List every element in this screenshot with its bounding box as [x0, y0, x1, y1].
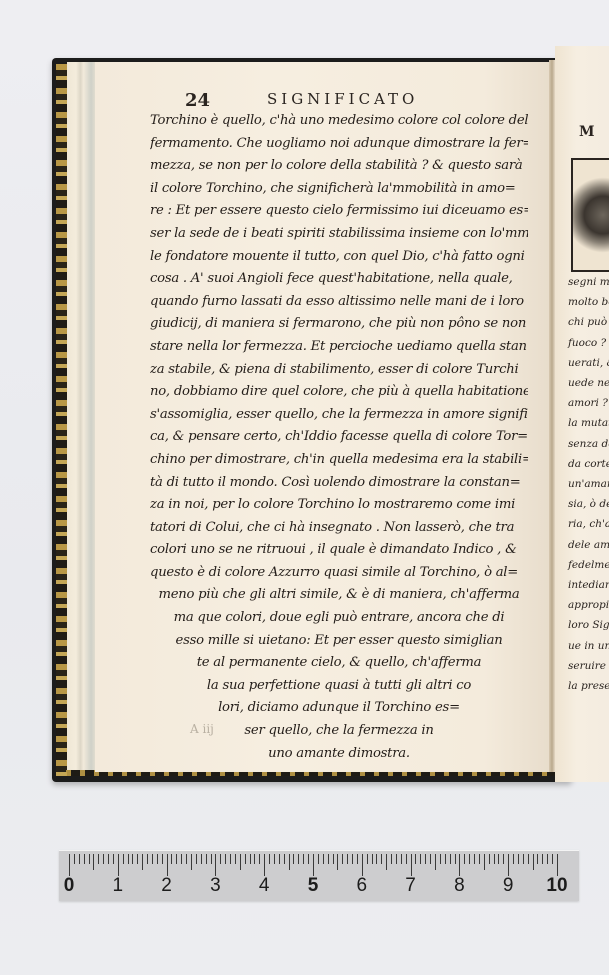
ruler-tick: [513, 854, 514, 864]
ruler-tick: [318, 854, 319, 864]
ruler-tick: [84, 854, 85, 864]
ruler-tick: [196, 854, 197, 864]
ruler-tick: [445, 854, 446, 864]
ruler-tick: [250, 854, 251, 864]
ruler-tick: [137, 854, 138, 864]
ruler-label: 10: [546, 875, 567, 897]
ruler-tick: [103, 854, 104, 864]
text-line: chi può a: [568, 312, 609, 332]
text-line: lori, diciamo adunque il Torchino es=: [150, 697, 528, 720]
text-line: uno amante dimostra.: [150, 743, 528, 766]
ruler-tick: [537, 854, 538, 864]
text-line: uerati, &: [568, 353, 609, 373]
text-line: ser la sede de i beati spiriti stabiliss…: [150, 223, 528, 246]
ruler-tick: [132, 854, 133, 864]
text-line: za stabile, & piena di stabilimento, ess…: [150, 359, 528, 382]
ruler-tick: [191, 854, 192, 870]
ruler-tick: [235, 854, 236, 864]
page-body-text: Torchino è quello, c'hà uno medesimo col…: [150, 110, 528, 765]
ruler-tick: [181, 854, 182, 864]
ruler-tick: [69, 854, 70, 876]
ruler-tick: [376, 854, 377, 864]
text-line: chino per dimostrare, ch'in quella medes…: [150, 449, 528, 472]
text-line: la mutati: [568, 413, 609, 433]
ruler-tick: [186, 854, 187, 864]
ruler-ticks: [69, 854, 559, 876]
ruler-tick: [152, 854, 153, 864]
text-line: ue in un: [568, 636, 609, 656]
right-page: M segni ma molto be chi può a fuoco ? C …: [555, 46, 609, 782]
ruler-tick: [430, 854, 431, 864]
ruler-tick: [74, 854, 75, 864]
scale-ruler: 012345678910: [59, 850, 579, 901]
ruler-tick: [279, 854, 280, 864]
ruler-label: 1: [113, 875, 124, 897]
ruler-tick: [337, 854, 338, 870]
text-line: loro Sig: [568, 615, 609, 635]
text-line: un'aman: [568, 474, 609, 494]
text-line: fedelmen: [568, 555, 609, 575]
ruler-tick: [508, 854, 509, 876]
ruler-tick: [557, 854, 558, 876]
ruler-tick: [362, 854, 363, 876]
ruler-tick: [206, 854, 207, 864]
ruler-tick: [469, 854, 470, 864]
page-number: 24: [185, 90, 210, 111]
text-line: segni ma: [568, 272, 609, 292]
ruler-tick: [464, 854, 465, 864]
ruler-tick: [484, 854, 485, 870]
ruler-tick: [245, 854, 246, 864]
text-line: meno più che gli altri simile, & è di ma…: [150, 584, 528, 607]
text-line: colori uno se ne ritruoui , il quale è d…: [150, 539, 528, 562]
text-line: le fondatore mouente il tutto, con quel …: [150, 246, 528, 269]
ruler-tick: [386, 854, 387, 870]
text-line: re : Et per essere questo cielo fermissi…: [150, 200, 528, 223]
ruler-tick: [308, 854, 309, 864]
text-line: cosa . A' suoi Angioli fece quest'habita…: [150, 268, 528, 291]
ruler-tick: [259, 854, 260, 864]
ruler-label: 5: [308, 875, 319, 897]
ruler-tick: [455, 854, 456, 864]
text-line: esso mille si uietano: Et per esser ques…: [150, 630, 528, 653]
ruler-tick: [479, 854, 480, 864]
ruler-tick: [293, 854, 294, 864]
text-line: intediam: [568, 575, 609, 595]
ruler-label: 3: [210, 875, 221, 897]
ruler-label: 4: [259, 875, 270, 897]
text-line: senza de: [568, 434, 609, 454]
ruler-label: 2: [161, 875, 172, 897]
text-line: za in noi, per lo colore Torchino lo mos…: [150, 494, 528, 517]
ruler-tick: [274, 854, 275, 864]
ruler-tick: [254, 854, 255, 864]
ruler-tick: [450, 854, 451, 864]
ruler-tick: [211, 854, 212, 864]
ruler-tick: [289, 854, 290, 870]
ruler-tick: [474, 854, 475, 864]
ruler-tick: [391, 854, 392, 864]
running-title: SIGNIFICATO: [267, 90, 418, 108]
text-line: ca, & pensare certo, ch'Iddio facesse qu…: [150, 426, 528, 449]
ruler-tick: [523, 854, 524, 864]
ruler-tick: [230, 854, 231, 864]
gilt-border-left: [56, 64, 67, 776]
text-line: amori ?: [568, 393, 609, 413]
ruler-label: 8: [454, 875, 465, 897]
ruler-tick: [176, 854, 177, 864]
text-line: dele ama: [568, 535, 609, 555]
decorated-initial: [571, 158, 609, 272]
ruler-tick: [298, 854, 299, 864]
ruler-tick: [352, 854, 353, 864]
ruler-tick: [93, 854, 94, 870]
ruler-tick: [542, 854, 543, 864]
ruler-tick: [420, 854, 421, 864]
ruler-tick: [328, 854, 329, 864]
right-page-heading-fragment: M: [579, 124, 595, 140]
ruler-tick: [435, 854, 436, 870]
ruler-label: 7: [405, 875, 416, 897]
text-line: no, dobbiamo dire quel colore, che più à…: [150, 381, 528, 404]
ruler-tick: [171, 854, 172, 864]
ruler-label: 9: [503, 875, 514, 897]
text-line: appropi: [568, 595, 609, 615]
ruler-tick: [425, 854, 426, 864]
text-line: stare nella lor fermezza. Et percioche u…: [150, 336, 528, 359]
ruler-tick: [98, 854, 99, 864]
ruler-tick: [406, 854, 407, 864]
ruler-tick: [157, 854, 158, 864]
ruler-tick: [113, 854, 114, 864]
ruler-tick: [225, 854, 226, 864]
ruler-tick: [396, 854, 397, 864]
signature-mark: A iij: [190, 722, 214, 736]
ruler-tick: [167, 854, 168, 876]
ruler-tick: [372, 854, 373, 864]
ruler-tick: [494, 854, 495, 864]
text-line: seruire: [568, 656, 609, 676]
ruler-tick: [123, 854, 124, 864]
ruler-tick: [347, 854, 348, 864]
ruler-tick: [401, 854, 402, 864]
ruler-tick: [284, 854, 285, 864]
ruler-tick: [489, 854, 490, 864]
ruler-tick: [440, 854, 441, 864]
text-line: tatori di Colui, che ci hà insegnato . N…: [150, 517, 528, 540]
text-line: fuoco ? C: [568, 333, 609, 353]
ruler-tick: [357, 854, 358, 864]
right-page-text: segni ma molto be chi può a fuoco ? C ue…: [568, 272, 609, 696]
text-line: giudicij, di maniera si fermarono, che p…: [150, 313, 528, 336]
text-line: molto be: [568, 292, 609, 312]
text-line: te al permanente cielo, & quello, ch'aff…: [150, 652, 528, 675]
ruler-tick: [528, 854, 529, 864]
ruler-tick: [518, 854, 519, 864]
ruler-tick: [552, 854, 553, 864]
ruler-tick: [215, 854, 216, 876]
ruler-tick: [323, 854, 324, 864]
ruler-labels: 012345678910: [59, 875, 579, 899]
ruler-tick: [333, 854, 334, 864]
ruler-tick: [108, 854, 109, 864]
ruler-tick: [89, 854, 90, 864]
ruler-tick: [381, 854, 382, 864]
text-line: ma que colori, doue egli può entrare, an…: [150, 607, 528, 630]
ruler-tick: [415, 854, 416, 864]
ruler-tick: [264, 854, 265, 876]
text-line: ria, ch'a: [568, 514, 609, 534]
ruler-tick: [342, 854, 343, 864]
text-line: il colore Torchino, che significherà la'…: [150, 178, 528, 201]
text-line: fermamento. Che uogliamo noi adunque dim…: [150, 133, 528, 156]
text-line: Torchino è quello, c'hà uno medesimo col…: [150, 110, 528, 133]
ruler-tick: [220, 854, 221, 864]
ruler-label: 6: [357, 875, 368, 897]
page-edges-stack: [67, 62, 97, 770]
ruler-tick: [269, 854, 270, 864]
ruler-tick: [79, 854, 80, 864]
ruler-tick: [118, 854, 119, 876]
ruler-tick: [533, 854, 534, 870]
ruler-tick: [503, 854, 504, 864]
text-line: tà di tutto il mondo. Così uolendo dimos…: [150, 472, 528, 495]
ruler-tick: [459, 854, 460, 876]
text-line: s'assomiglia, esser quello, che la ferme…: [150, 404, 528, 427]
ruler-tick: [162, 854, 163, 864]
ruler-tick: [498, 854, 499, 864]
text-line: questo è di colore Azzurro quasi simile …: [150, 562, 528, 585]
text-line: sia, ò deb: [568, 494, 609, 514]
ruler-tick: [367, 854, 368, 864]
ruler-tick: [411, 854, 412, 876]
text-line: uede nell: [568, 373, 609, 393]
ruler-tick: [128, 854, 129, 864]
ruler-tick: [313, 854, 314, 876]
text-line: da cortes: [568, 454, 609, 474]
ruler-tick: [142, 854, 143, 870]
ruler-label: 0: [64, 875, 75, 897]
text-line: la prese: [568, 676, 609, 696]
ruler-tick: [240, 854, 241, 870]
ruler-tick: [201, 854, 202, 864]
text-line: mezza, se non per lo colore della stabil…: [150, 155, 528, 178]
text-line: quando furno lassati da esso altissimo n…: [150, 291, 528, 314]
ruler-tick: [147, 854, 148, 864]
ruler-tick: [547, 854, 548, 864]
text-line: la sua perfettione quasi à tutti gli alt…: [150, 675, 528, 698]
ruler-tick: [303, 854, 304, 864]
